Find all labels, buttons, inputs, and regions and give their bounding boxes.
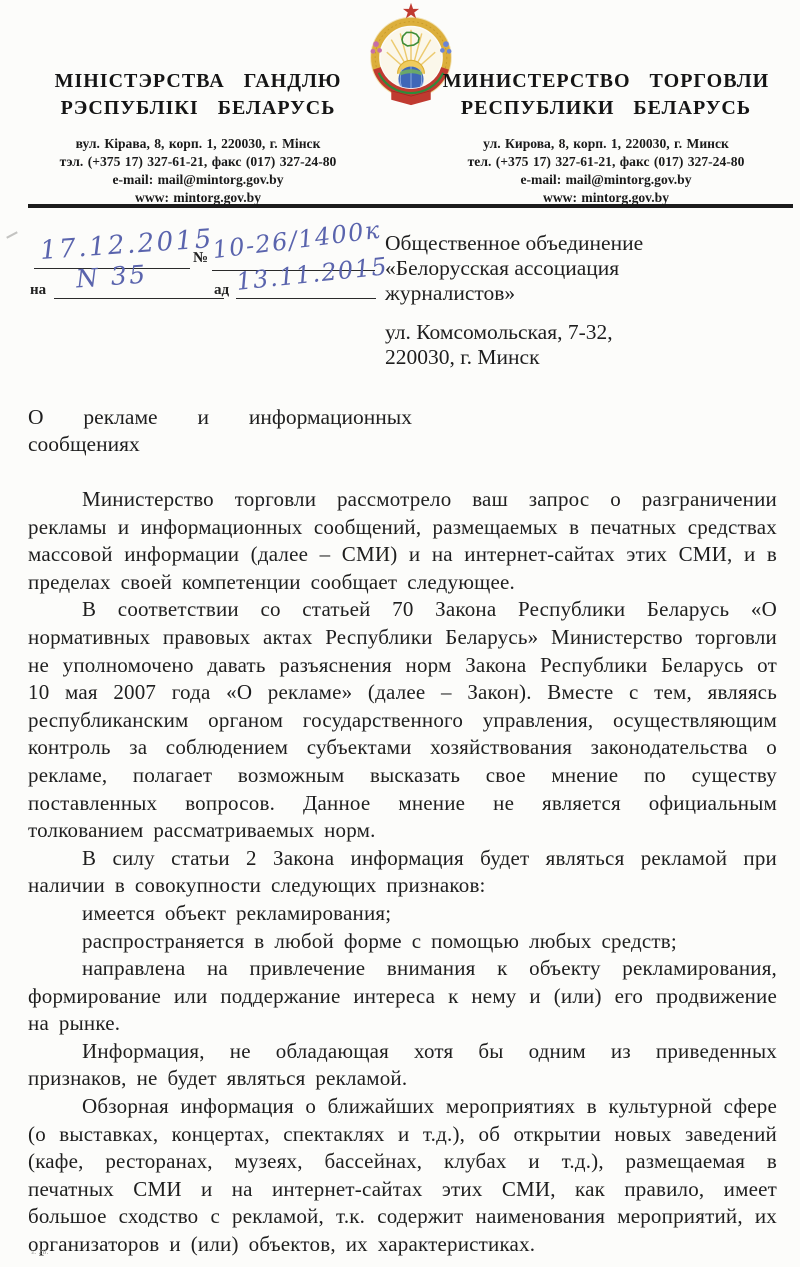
- address-ru: ул. Кирова, 8, корп. 1, 220030, г. Минск: [425, 135, 787, 153]
- body-paragraph: распространяется в любой форме с помощью…: [28, 928, 777, 956]
- letterhead-divider-rule: [28, 204, 793, 208]
- ministry-title-ru-line2: РЕСПУБЛИКИ БЕЛАРУСЬ: [425, 95, 787, 122]
- body-paragraph: В соответствии со статьей 70 Закона Респ…: [28, 596, 777, 844]
- na-underline: [54, 298, 224, 299]
- body-paragraph: Информация, не обладающая хотя бы одним …: [28, 1038, 777, 1093]
- reference-block: 17.12.2015 № 10-26/1400к на N 35 ад 13.1…: [28, 224, 380, 316]
- ad-underline: [236, 298, 376, 299]
- letter-subject: О рекламе и информационных сообщениях: [28, 404, 412, 457]
- handwritten-incoming-number: N 35: [75, 260, 148, 294]
- ministry-title-by-line1: МІНІСТЭРСТВА ГАНДЛЮ: [18, 68, 378, 95]
- recipient-address-line1: ул. Комсомольская, 7-32,: [385, 320, 695, 345]
- ministry-title-ru-line1: МИНИСТЕРСТВО ТОРГОВЛИ: [425, 68, 787, 95]
- email-by: e-mail: mail@mintorg.gov.by: [18, 171, 378, 189]
- ministry-title-by-line2: РЭСПУБЛІКІ БЕЛАРУСЬ: [18, 95, 378, 122]
- letterhead-russian: МИНИСТЕРСТВО ТОРГОВЛИ РЕСПУБЛИКИ БЕЛАРУС…: [425, 68, 787, 207]
- body-paragraph: имеется объект рекламирования;: [28, 900, 777, 928]
- body-paragraph: направлена на привлечение внимания к объ…: [28, 955, 777, 1038]
- letter-body: Министерство торговли рассмотрело ваш за…: [28, 486, 777, 1259]
- ad-label: ад: [214, 282, 229, 299]
- recipient-block: Общественное объединение «Белорусская ас…: [385, 231, 695, 370]
- scanned-letter-page: МІНІСТЭРСТВА ГАНДЛЮ РЭСПУБЛІКІ БЕЛАРУСЬ …: [0, 0, 800, 1267]
- address-by: вул. Кірава, 8, корп. 1, 220030, г. Мінс…: [18, 135, 378, 153]
- phone-by: тэл. (+375 17) 327-61-21, факс (017) 327…: [18, 153, 378, 171]
- email-ru: e-mail: mail@mintorg.gov.by: [425, 171, 787, 189]
- handwritten-outgoing-date: 17.12.2015: [39, 224, 215, 266]
- recipient-org-line3: журналистов»: [385, 281, 695, 306]
- recipient-address-line2: 220030, г. Минск: [385, 345, 695, 370]
- recipient-org-line1: Общественное объединение: [385, 231, 695, 256]
- body-paragraph: В силу статьи 2 Закона информация будет …: [28, 845, 777, 900]
- scan-smudge-artifact: [6, 231, 18, 238]
- recipient-org-line2: «Белорусская ассоциация: [385, 256, 695, 281]
- na-label: на: [30, 282, 46, 299]
- body-paragraph: Министерство торговли рассмотрело ваш за…: [28, 486, 777, 596]
- letterhead-belarusian: МІНІСТЭРСТВА ГАНДЛЮ РЭСПУБЛІКІ БЕЛАРУСЬ …: [18, 68, 378, 207]
- phone-ru: тел. (+375 17) 327-61-21, факс (017) 327…: [425, 153, 787, 171]
- print-code-artifact: з. 28.: [31, 1248, 49, 1256]
- number-sign-label: №: [193, 250, 208, 267]
- body-paragraph: Обзорная информация о ближайших мероприя…: [28, 1093, 777, 1259]
